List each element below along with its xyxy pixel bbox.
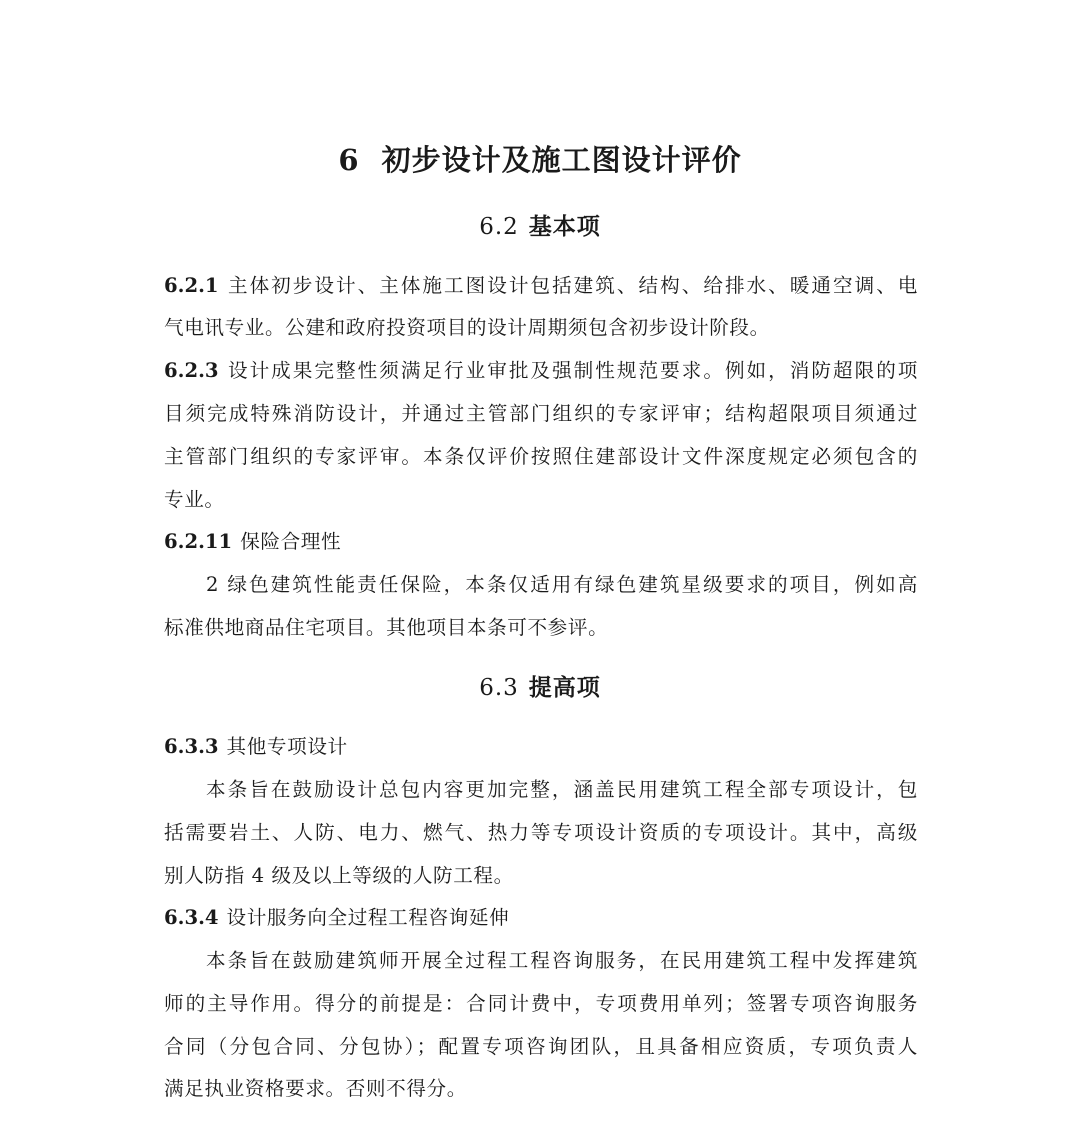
chapter-number: 6 xyxy=(338,143,359,177)
clause-6-2-1-line-2: 气电讯专业。公建和政府投资项目的设计周期须包含初步设计阶段。 xyxy=(164,314,918,342)
section-title-6-2: 6.2基本项 xyxy=(0,210,1080,244)
clause-6-3-4-line-1: 本条旨在鼓励建筑师开展全过程工程咨询服务，在民用建筑工程中发挥建筑 xyxy=(164,947,918,975)
clause-number: 6.3.4 xyxy=(164,906,219,929)
section-title-text: 提高项 xyxy=(529,674,601,701)
clause-6-2-3-line-2: 目须完成特殊消防设计，并通过主管部门组织的专家评审；结构超限项目须通过 xyxy=(164,400,918,428)
clause-6-3-4-heading: 6.3.4设计服务向全过程工程咨询延伸 xyxy=(164,904,918,932)
chapter-title-text: 初步设计及施工图设计评价 xyxy=(382,143,742,177)
clause-6-2-11-line-1: 2 绿色建筑性能责任保险，本条仅适用有绿色建筑星级要求的项目，例如高 xyxy=(164,571,918,599)
clause-number: 6.2.11 xyxy=(164,530,232,553)
clause-6-2-3-line-3: 主管部门组织的专家评审。本条仅评价按照住建部设计文件深度规定必须包含的 xyxy=(164,443,918,471)
clause-number: 6.2.3 xyxy=(164,359,219,382)
clause-6-3-4-line-2: 师的主导作用。得分的前提是：合同计费中，专项费用单列；签署专项咨询服务 xyxy=(164,990,918,1018)
clause-number: 6.3.3 xyxy=(164,735,219,758)
clause-6-3-3-line-1: 本条旨在鼓励设计总包内容更加完整，涵盖民用建筑工程全部专项设计，包 xyxy=(164,776,918,804)
clause-6-3-4-line-3: 合同（分包合同、分包协）；配置专项咨询团队，且具备相应资质，专项负责人 xyxy=(164,1033,918,1061)
chapter-title: 6初步设计及施工图设计评价 xyxy=(0,140,1080,180)
document-page: 6初步设计及施工图设计评价 6.2基本项 6.2.1主体初步设计、主体施工图设计… xyxy=(0,0,1080,1134)
clause-heading: 其他专项设计 xyxy=(227,735,348,758)
section-title-6-3: 6.3提高项 xyxy=(0,671,1080,705)
clause-6-2-11-line-2: 标准供地商品住宅项目。其他项目本条可不参评。 xyxy=(164,614,918,642)
clause-text: 设计成果完整性须满足行业审批及强制性规范要求。例如，消防超限的项 xyxy=(227,359,918,382)
section-number: 6.2 xyxy=(479,214,519,240)
section-title-text: 基本项 xyxy=(529,213,601,240)
clause-6-2-3-line-1: 6.2.3设计成果完整性须满足行业审批及强制性规范要求。例如，消防超限的项 xyxy=(164,357,918,385)
clause-6-2-11-heading: 6.2.11保险合理性 xyxy=(164,528,918,556)
clause-heading: 设计服务向全过程工程咨询延伸 xyxy=(227,906,510,929)
clause-6-2-1-line-1: 6.2.1主体初步设计、主体施工图设计包括建筑、结构、给排水、暖通空调、电 xyxy=(164,272,918,300)
section-number: 6.3 xyxy=(479,675,519,701)
clause-heading: 保险合理性 xyxy=(240,530,341,553)
clause-6-3-3-heading: 6.3.3其他专项设计 xyxy=(164,733,918,761)
clause-6-3-4-line-4: 满足执业资格要求。否则不得分。 xyxy=(164,1075,918,1103)
clause-6-3-3-line-2: 括需要岩土、人防、电力、燃气、热力等专项设计资质的专项设计。其中，高级 xyxy=(164,819,918,847)
clause-6-3-3-line-3: 别人防指 4 级及以上等级的人防工程。 xyxy=(164,862,918,890)
clause-6-2-3-line-4: 专业。 xyxy=(164,486,918,514)
clause-text: 主体初步设计、主体施工图设计包括建筑、结构、给排水、暖通空调、电 xyxy=(227,274,918,297)
clause-number: 6.2.1 xyxy=(164,274,219,297)
